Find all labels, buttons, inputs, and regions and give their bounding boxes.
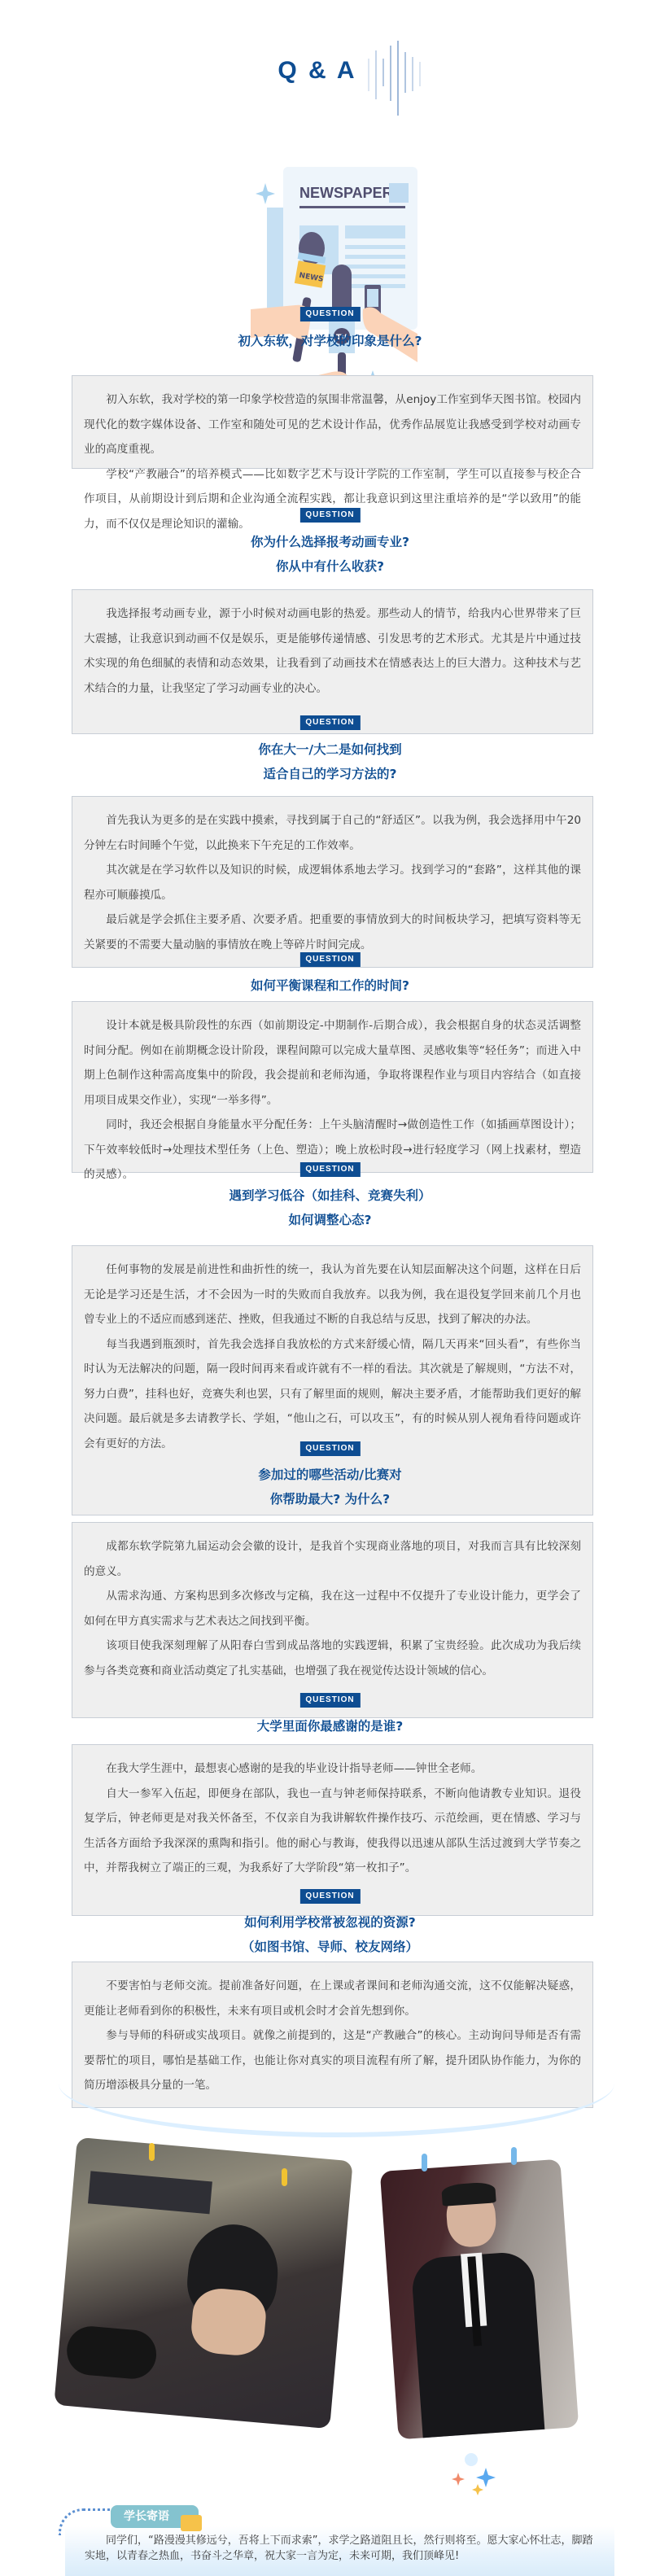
question-badge: QUESTION bbox=[299, 1441, 360, 1456]
photo-clip bbox=[149, 2143, 155, 2161]
question-badge: QUESTION bbox=[299, 508, 360, 523]
page-title: Q & A bbox=[277, 57, 358, 85]
question-badge: QUESTION bbox=[299, 1693, 360, 1708]
question-badge: QUESTION bbox=[299, 1889, 360, 1904]
closing-message: 同学们，“路漫漫其修远兮，吾将上下而求索”，求学之路道阻且长，然行则将至。愿大家… bbox=[85, 2533, 598, 2564]
question-badge: QUESTION bbox=[299, 307, 360, 321]
question-title: 参加过的哪些活动/比赛对你帮助最大? 为什么? bbox=[0, 1463, 660, 1511]
photo-clip bbox=[422, 2154, 427, 2171]
question-badge: QUESTION bbox=[299, 1162, 360, 1177]
question-badge: QUESTION bbox=[299, 952, 360, 967]
envelope-icon bbox=[181, 2515, 202, 2531]
question-title: 如何利用学校常被忽视的资源?（如图书馆、导师、校友网络） bbox=[0, 1910, 660, 1959]
hanging-line bbox=[59, 2084, 614, 2137]
newspaper-illustration: NEWSPAPER NEWS TV bbox=[251, 167, 422, 411]
question-title: 大学里面你最感谢的是谁? bbox=[0, 1714, 660, 1738]
question-title: 遇到学习低谷（如挂科、竞赛失利）如何调整心态? bbox=[0, 1183, 660, 1232]
answer-box: 设计本就是极具阶段性的东西（如前期设定-中期制作-后期合成），我会根据自身的状态… bbox=[72, 1001, 593, 1173]
question-title: 初入东软，对学校的印象是什么? bbox=[0, 329, 660, 353]
sound-wave-icon bbox=[368, 41, 426, 116]
question-badge: QUESTION bbox=[299, 715, 360, 730]
question-title: 你为什么选择报考动画专业?你从中有什么收获? bbox=[0, 530, 660, 579]
photo-student-with-camera bbox=[54, 2137, 352, 2429]
answer-box: 成都东软学院第九届运动会会徽的设计，是我首个实现商业落地的项目，对我而言具有比较… bbox=[72, 1522, 593, 1718]
photo-clip bbox=[282, 2168, 287, 2186]
photo-student-in-suit bbox=[380, 2159, 579, 2440]
answer-box: 首先我认为更多的是在实践中摸索，寻找到属于自己的“舒适区”。以我为例，我会选择用… bbox=[72, 796, 593, 968]
svg-text:NEWSPAPER: NEWSPAPER bbox=[299, 185, 393, 201]
closing-message-box: 同学们，“路漫漫其修远兮，吾将上下而求索”，求学之路道阻且长，然行则将至。愿大家… bbox=[65, 2526, 614, 2576]
question-title: 如何平衡课程和工作的时间? bbox=[0, 973, 660, 998]
answer-box: 我选择报考动画专业，源于小时候对动画电影的热爱。那些动人的情节，给我内心世界带来… bbox=[72, 589, 593, 734]
photo-clip bbox=[511, 2147, 517, 2165]
question-title: 你在大一/大二是如何找到适合自己的学习方法的? bbox=[0, 737, 660, 786]
answer-box: 初入东软，我对学校的第一印象学校营造的氛围非常温馨，从enjoy工作室到华天图书… bbox=[72, 375, 593, 469]
sparkle-icon bbox=[452, 2450, 500, 2499]
